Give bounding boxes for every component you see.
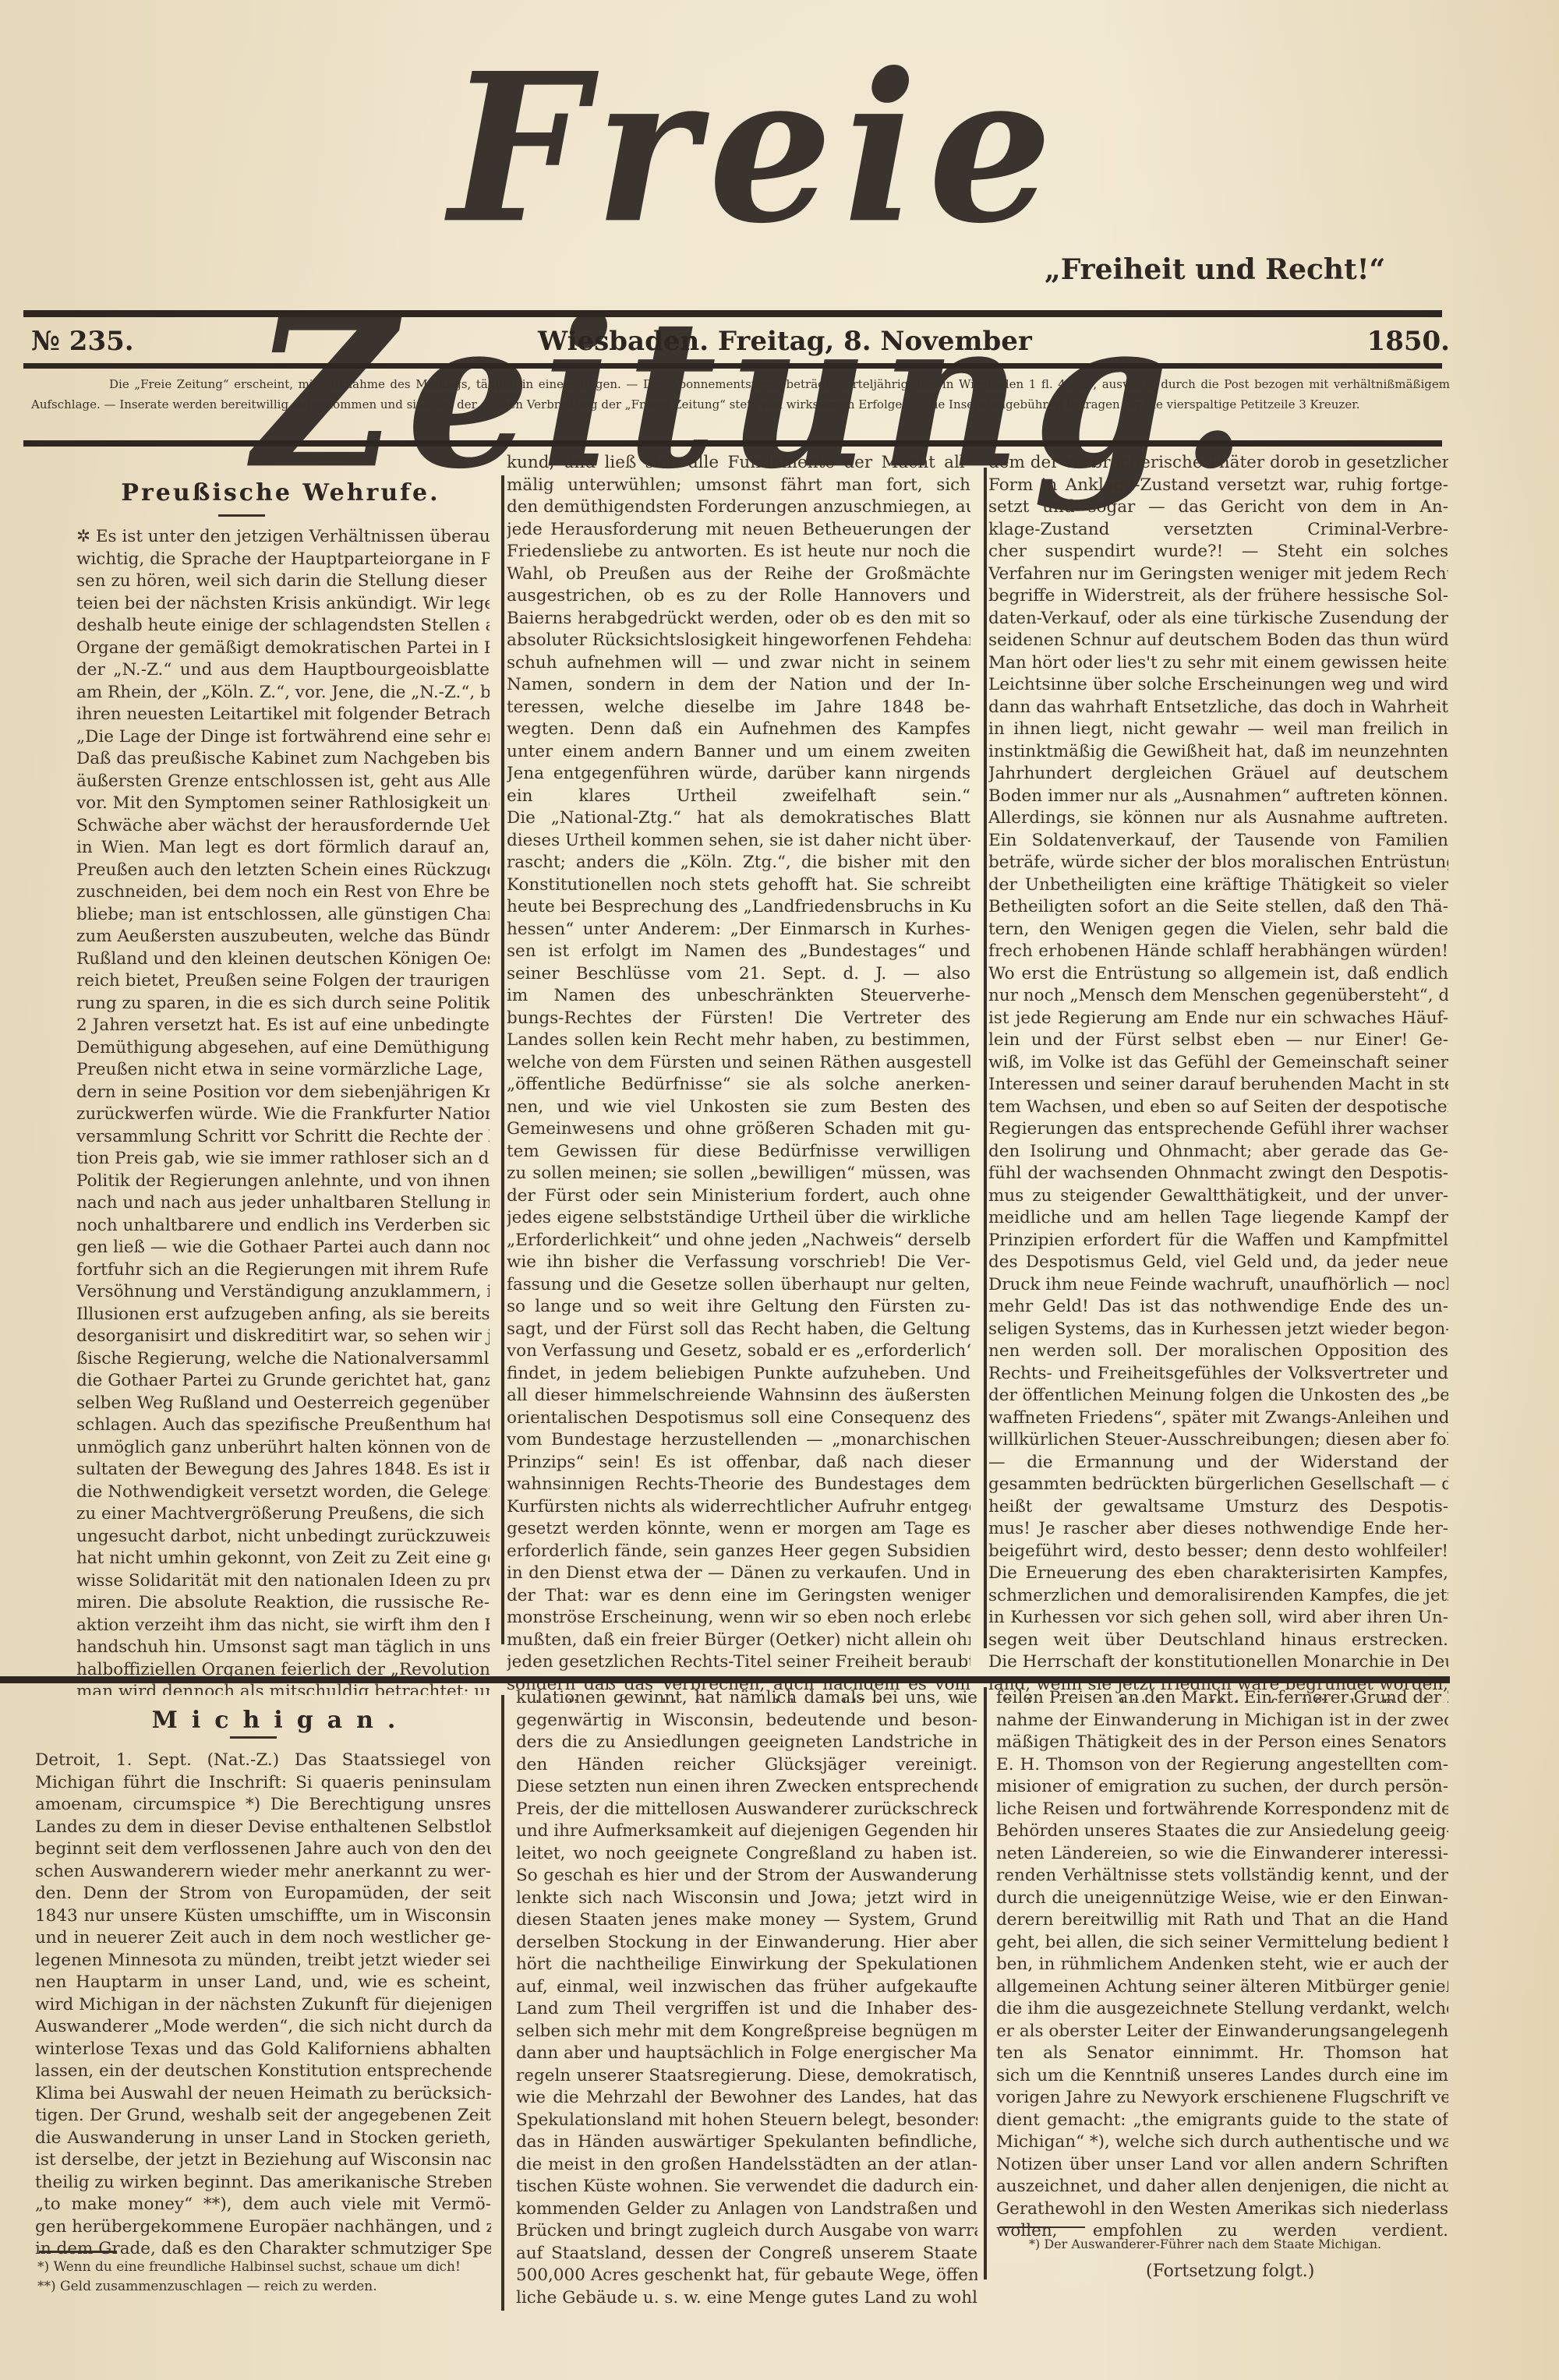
text-line: Klima bei Auswahl der neuen Heimath zu b… <box>35 2083 491 2106</box>
text-line: daten-Verkauf, oder als eine türkische Z… <box>988 608 1448 630</box>
text-line: tem Wachsen, und eben so auf Seiten der … <box>988 1096 1448 1119</box>
text-line: nen, und wie viel Unkosten sie zum Beste… <box>507 1096 970 1119</box>
text-line: Interessen und seiner darauf beruhenden … <box>988 1074 1448 1096</box>
text-line: sen zu hören, weil sich darin die Stellu… <box>76 570 490 593</box>
footnote-rule <box>999 2226 1085 2228</box>
text-line: der „N.-Z.“ und aus dem Hauptbourgeoisbl… <box>76 659 490 682</box>
text-line: der Fürst oder sein Ministerium fordert,… <box>507 1185 970 1208</box>
text-line: den Händen reicher Glücksjäger vereinigt… <box>516 1754 977 1777</box>
text-line: kund, und ließ sich alle Fundamente der … <box>507 452 970 475</box>
text-line: deshalb heute einige der schlagendsten S… <box>76 615 490 637</box>
text-line: meidliche und am hellen Tage liegende Ka… <box>988 1207 1448 1230</box>
text-line: teressen, welche dieselbe im Jahre 1848 … <box>507 697 970 719</box>
text-line: waffneten Friedens“, später mit Zwangs-A… <box>988 1407 1448 1430</box>
text-line: welche von dem Fürsten und seinen Räthen… <box>507 1052 970 1075</box>
text-line: und in neuerer Zeit auch in dem noch wes… <box>35 1927 491 1950</box>
text-line: Rußland und den kleinen deutschen Könige… <box>76 948 490 971</box>
text-line: den Isolirung und Ohnmacht; aber gerade … <box>988 1141 1448 1164</box>
footnote-right: *) Der Auswanderer-Führer nach dem Staat… <box>1029 2234 1450 2254</box>
text-line: allgemeinen Achtung seiner älteren Mitbü… <box>996 1976 1448 1999</box>
text-line: im Namen des unbeschränkten Steuerverhe- <box>507 985 970 1008</box>
text-line: mehr Geld! Das ist das nothwendige Ende … <box>988 1296 1448 1319</box>
text-line: nahme der Einwanderung in Michigan ist i… <box>996 1710 1448 1732</box>
text-line: dient gemacht: „the emigrants guide to t… <box>996 2110 1448 2132</box>
text-line: ten als Senator einnimmt. Hr. Thomson ha… <box>996 2043 1448 2065</box>
footnote-2: **) Geld zusammenzuschlagen — reich zu w… <box>37 2277 490 2297</box>
text-line: in den Dienst etwa der — Dänen zu verkau… <box>507 1563 970 1585</box>
text-line: äußersten Grenze entschlossen ist, geht … <box>76 771 490 793</box>
text-line: teien bei der nächsten Krisis ankündigt.… <box>76 593 490 616</box>
text-line: fortfuhr sich an die Regierungen mit ihr… <box>76 1259 490 1282</box>
masthead-title: Freie Zeitung. <box>210 26 1302 271</box>
text-line: theilig zu wirken beginnt. Das amerikani… <box>35 2172 491 2195</box>
text-line: und ihre Aufmerksamkeit auf diejenigen G… <box>516 1820 977 1843</box>
text-line: leitet, wo noch geeignete Congreßland zu… <box>516 1843 977 1866</box>
text-line: Illusionen erst aufzugeben anfing, als s… <box>76 1304 490 1326</box>
text-line: Brücken und bringt zugleich durch Ausgab… <box>516 2220 977 2243</box>
text-line: schuh aufnehmen will — und zwar nicht in… <box>507 652 970 675</box>
column-divider <box>984 468 987 1648</box>
text-line: mälig unterwühlen; umsonst fährt man for… <box>507 475 970 497</box>
text-line: setzt und sogar — das Gericht von dem in… <box>988 496 1448 519</box>
text-line: derselben Stockung in der Einwanderung. … <box>516 1932 977 1954</box>
text-line: jede Herausforderung mit neuen Betheueru… <box>507 519 970 542</box>
text-line: ist derselbe, der jetzt in Beziehung auf… <box>35 2149 491 2172</box>
title-underline <box>218 514 265 517</box>
article1-column1: ✲ Es ist unter den jetzigen Verhältnisse… <box>76 526 490 1695</box>
text-line: absoluter Rücksichtslosigkeit hingeworfe… <box>507 630 970 652</box>
text-line: ihren neuesten Leitartikel mit folgender… <box>76 704 490 726</box>
text-line: vom Bundestage herzustellenden — „monarc… <box>507 1429 970 1452</box>
text-line: Daß das preußische Kabinet zum Nachgeben… <box>76 748 490 771</box>
text-line: die Nothwendigkeit versetzt worden, die … <box>76 1481 490 1504</box>
text-line: sen ist erfolgt im Namen des „Bundestage… <box>507 941 970 963</box>
text-line: beträfe, würde sicher der blos moralisch… <box>988 852 1448 874</box>
text-line: regeln unserer Staatsregierung. Diese, d… <box>516 2065 977 2088</box>
footnote-1: *) Wenn du eine freundliche Halbinsel su… <box>37 2258 490 2277</box>
text-line: tigen. Der Grund, weshalb seit der angeg… <box>35 2105 491 2128</box>
text-line: Schwäche aber wächst der herausfordernde… <box>76 815 490 838</box>
text-line: zu sollen meinen; sie sollen „bewilligen… <box>507 1163 970 1185</box>
text-line: Michigan“ *), welche sich durch authenti… <box>996 2131 1448 2154</box>
text-line: Die Erneuerung des eben charakterisirten… <box>988 1563 1448 1585</box>
text-line: die Auswanderung in unser Land in Stocke… <box>35 2128 491 2150</box>
text-line: instinktmäßig die Gewißheit hat, daß im … <box>988 741 1448 764</box>
text-line: Boden immer nur als „Ausnahmen“ auftrete… <box>988 786 1448 808</box>
issue-year: 1850. <box>1367 326 1450 357</box>
text-line: Diese setzten nun einen ihren Zwecken en… <box>516 1776 977 1799</box>
text-line: zuschneiden, bei dem noch ein Rest von E… <box>76 881 490 904</box>
text-line: schlagen. Auch das spezifische Preußenth… <box>76 1414 490 1437</box>
text-line: tem Gewissen für diese Bedürfnisse verwi… <box>507 1141 970 1164</box>
continued-notice: (Fortsetzung folgt.) <box>1146 2262 1314 2281</box>
text-line: selben Weg Rußland und Oesterreich gegen… <box>76 1393 490 1415</box>
text-line: So geschah es hier und der Strom der Aus… <box>516 1865 977 1887</box>
text-line: feilen Preisen an den Markt. Ein fernere… <box>996 1687 1448 1710</box>
text-line: Kurfürsten nichts als widerrechtlicher A… <box>507 1496 970 1519</box>
text-line: des Despotismus Geld, viel Geld und, da … <box>988 1252 1448 1274</box>
text-line: Man hört oder lies't zu sehr mit einem g… <box>988 652 1448 675</box>
text-line: heute bei Besprechung des „Landfriedensb… <box>507 896 970 919</box>
text-line: Form in Anklage-Zustand versetzt war, ru… <box>988 475 1448 497</box>
text-line: „öffentliche Bedürfnisse“ sie als solche… <box>507 1074 970 1096</box>
text-line: Verfahren nur im Geringsten weniger mit … <box>988 563 1448 586</box>
text-line: handschuh hin. Umsonst sagt man täglich … <box>76 1637 490 1659</box>
text-line: frech erhobenen Hände schlaff herabhänge… <box>988 941 1448 963</box>
text-line: seiner Beschlüsse vom 21. Sept. d. J. — … <box>507 963 970 986</box>
text-line: mäßigen Thätigkeit des in der Person ein… <box>996 1732 1448 1754</box>
text-line: gen ließ — wie die Gothaer Partei auch d… <box>76 1237 490 1259</box>
text-line: willkürlichen Steuer-Ausschreibungen; di… <box>988 1429 1448 1452</box>
text-line: ungesucht darbot, nicht unbedingt zurück… <box>76 1526 490 1548</box>
text-line: auf Staatsland, dessen der Congreß unser… <box>516 2243 977 2265</box>
text-line: ausgestrichen, ob es zu der Rolle Hannov… <box>507 585 970 608</box>
text-line: Auswanderer „Mode werden“, die sich nich… <box>35 2016 491 2039</box>
text-line: fühl der wachsenden Ohnmacht zwingt den … <box>988 1163 1448 1185</box>
text-line: der Unbetheiligten eine kräftige Thätigk… <box>988 874 1448 897</box>
text-line: Rechts- und Freiheitsgefühles der Volksv… <box>988 1363 1448 1386</box>
column-divider <box>984 1687 987 2279</box>
text-line: monströse Erscheinung, wenn wir so eben … <box>507 1607 970 1630</box>
top-rule <box>23 310 1442 317</box>
text-line: hat nicht umhin gekonnt, von Zeit zu Zei… <box>76 1548 490 1570</box>
text-line: „Erforderlichkeit“ und ohne jeden „Nachw… <box>507 1230 970 1252</box>
text-line: dem der verbrecherische Thäter dorob in … <box>988 452 1448 475</box>
text-line: er als oberster Leiter der Einwanderungs… <box>996 2021 1448 2043</box>
text-line: wie die Mehrzahl der Bewohner des Landes… <box>516 2087 977 2110</box>
text-line: auf, einmal, weil inzwischen das früher … <box>516 1976 977 1999</box>
text-line: Prinzipien erfordert für die Waffen und … <box>988 1230 1448 1252</box>
text-line: Wo erst die Entrüstung so allgemein ist,… <box>988 963 1448 986</box>
text-line: Michigan führt die Inschrift: Si quaeris… <box>35 1772 491 1795</box>
text-line: auszeichnet, und daher allen denjenigen,… <box>996 2176 1448 2198</box>
text-line: so lange und so weit ihre Geltung den Fü… <box>507 1296 970 1319</box>
text-line: Leichtsinne über solche Erscheinungen we… <box>988 674 1448 697</box>
text-line: segen weit über Deutschland hinaus erstr… <box>988 1630 1448 1652</box>
text-line: geht, bei allen, die sich seiner Vermitt… <box>996 1932 1448 1954</box>
text-line: lassen, ein der deutschen Konstitution e… <box>35 2060 491 2083</box>
issue-number: № 235. <box>31 326 134 357</box>
text-line: Friedensliebe zu antworten. Es ist heute… <box>507 541 970 563</box>
footnotes-left: *) Wenn du eine freundliche Halbinsel su… <box>37 2258 490 2297</box>
title-underline <box>230 1736 277 1739</box>
text-line: nen Hauptarm in unser Land, und, wie es … <box>35 1972 491 1994</box>
text-line: Wahl, ob Preußen aus der Reihe der Großm… <box>507 563 970 586</box>
text-line: hessen“ unter Anderem: „Der Einmarsch in… <box>507 919 970 941</box>
article-title-michigan: Michigan. <box>70 1707 491 1734</box>
section-rule <box>0 1676 1450 1683</box>
text-line: Demüthigung abgesehen, auf eine Demüthig… <box>76 1037 490 1060</box>
newspaper-page: Freie Zeitung. „Freiheit und Recht!“ № 2… <box>0 0 1559 2380</box>
text-line: den demüthigendsten Forderungen anzuschm… <box>507 496 970 519</box>
text-line: Landes sollen kein Recht mehr haben, zu … <box>507 1029 970 1052</box>
text-line: gegenwärtig in Wisconsin, bedeutende und… <box>516 1710 977 1732</box>
text-line: vor. Mit den Symptomen seiner Rathlosigk… <box>76 793 490 815</box>
text-line: wisse Solidarität mit den nationalen Ide… <box>76 1570 490 1593</box>
text-line: mußten, daß ein freier Bürger (Oetker) n… <box>507 1630 970 1652</box>
place-date: Wiesbaden. Freitag, 8. November <box>538 326 1032 357</box>
text-line: Jahrhundert dergleichen Gräuel auf deuts… <box>988 763 1448 786</box>
text-line: unter einem andern Banner und um einem z… <box>507 741 970 764</box>
text-line: wird Michigan in der nächsten Zukunft fü… <box>35 1994 491 2017</box>
text-line: der That: war es denn eine im Geringsten… <box>507 1585 970 1608</box>
article2-column3: feilen Preisen an den Markt. Ein fernere… <box>996 1687 1448 2252</box>
text-line: dann das wahrhaft Entsetzliche, das doch… <box>988 697 1448 719</box>
text-line: liche Reisen und fortwährende Korrespond… <box>996 1799 1448 1821</box>
text-line: Gemeinwesens und ohne größeren Schaden m… <box>507 1118 970 1141</box>
text-line: Die Herrschaft der konstitutionellen Mon… <box>988 1651 1448 1674</box>
text-line: beginnt seit dem verflossenen Jahre auch… <box>35 1838 491 1861</box>
text-line: vorigen Jahre zu Newyork erschienene Flu… <box>996 2087 1448 2110</box>
text-line: derern bereitwillig mit Rath und That an… <box>996 1909 1448 1932</box>
text-line: beigeführt wird, desto besser; denn dest… <box>988 1541 1448 1563</box>
text-line: gen herübergekommene Europäer nachhängen… <box>35 2216 491 2239</box>
text-line: nur noch „Mensch dem Menschen gegenübers… <box>988 985 1448 1008</box>
text-line: lein und der Fürst selbst eben — nur Ein… <box>988 1029 1448 1052</box>
article1-column3: dem der verbrecherische Thäter dorob in … <box>988 452 1448 1703</box>
text-line: Detroit, 1. Sept. (Nat.-Z.) Das Staatssi… <box>35 1750 491 1772</box>
text-line: „Die Lage der Dinge ist fortwährend eine… <box>76 726 490 749</box>
text-line: sultaten der Bewegung des Jahres 1848. E… <box>76 1459 490 1481</box>
text-line: bungs-Rechtes der Fürsten! Die Vertreter… <box>507 1008 970 1030</box>
article2-column2: kulationen gewinnt, hat nämlich damals b… <box>516 1687 977 2311</box>
text-line: Regierungen das entsprechende Gefühl ihr… <box>988 1118 1448 1141</box>
subscription-notice: Die „Freie Zeitung“ erscheint, mit Ausna… <box>31 374 1450 415</box>
text-line: wahnsinnigen Rechts-Theorie des Bundesta… <box>507 1474 970 1496</box>
text-line: hört die nachtheilige Einwirkung der Spe… <box>516 1954 977 1976</box>
text-line: Preußen nicht etwa in seine vormärzliche… <box>76 1059 490 1082</box>
notice-rule <box>23 440 1442 447</box>
text-line: tischen Küste wohnen. Sie verwendet die … <box>516 2176 977 2198</box>
text-line: all dieser himmelschreiende Wahnsinn des… <box>507 1385 970 1407</box>
text-line: reich bietet, Preußen seine Folgen der t… <box>76 970 490 993</box>
text-line: dieses Urtheil kommen sehen, sie ist dah… <box>507 830 970 853</box>
text-line: erforderlich fände, sein ganzes Heer geg… <box>507 1541 970 1563</box>
text-line: Notizen über unser Land vor allen andern… <box>996 2154 1448 2177</box>
text-line: kommenden Gelder zu Anlagen von Landstra… <box>516 2198 977 2221</box>
text-line: seidenen Schnur auf deutschem Boden das … <box>988 630 1448 652</box>
dateline-rule <box>23 363 1442 369</box>
text-line: selben sich mehr mit dem Kongreßpreise b… <box>516 2021 977 2043</box>
text-line: die meist in den großen Handelsstädten a… <box>516 2154 977 2177</box>
text-line: durch die uneigennützige Weise, wie er d… <box>996 1887 1448 1910</box>
text-line: miren. Die absolute Reaktion, die russis… <box>76 1592 490 1615</box>
text-line: ders die zu Ansiedlungen geeigneten Land… <box>516 1732 977 1754</box>
text-line: desorganisirt und diskreditirt war, so s… <box>76 1326 490 1348</box>
text-line: — die Ermannung und der Widerstand der <box>988 1452 1448 1474</box>
text-line: orientalischen Despotismus soll eine Con… <box>507 1407 970 1430</box>
text-line: begriffe in Widerstreit, als der frühere… <box>988 585 1448 608</box>
text-line: seligen Systems, das in Kurhessen jetzt … <box>988 1319 1448 1341</box>
footnote-rule <box>39 2251 117 2253</box>
text-line: Namen, sondern in dem der Nation und der… <box>507 674 970 697</box>
text-line: misioner of emigration zu suchen, der du… <box>996 1776 1448 1799</box>
text-line: Allerdings, sie können nur als Ausnahme … <box>988 807 1448 830</box>
text-line: schen Auswanderern wieder mehr anerkannt… <box>35 1861 491 1884</box>
text-line: die Gothaer Partei zu Grunde gerichtet h… <box>76 1370 490 1393</box>
text-line: jeden gesetzlichen Rechts-Titel seiner F… <box>507 1651 970 1674</box>
text-line: gesammten bedrückten bürgerlichen Gesell… <box>988 1474 1448 1496</box>
text-line: wichtig, die Sprache der Hauptparteiorga… <box>76 549 490 571</box>
text-line: in Wien. Man legt es dort förmlich darau… <box>76 837 490 860</box>
text-line: ein klares Urtheil zweifelhaft sein.“ <box>507 786 970 808</box>
text-line: rung zu sparen, in die es sich durch sei… <box>76 993 490 1015</box>
text-line: am Rhein, der „Köln. Z.“, vor. Jene, die… <box>76 682 490 704</box>
text-line: Preußen auch den letzten Schein eines Rü… <box>76 860 490 882</box>
article-title-preussische-wehrufe: Preußische Wehrufe. <box>70 479 491 507</box>
text-line: klage-Zustand versetzten Criminal-Verbre… <box>988 519 1448 542</box>
text-line: jedes eigene selbstständige Urtheil über… <box>507 1207 970 1230</box>
text-line: sagt, und der Fürst soll das Recht haben… <box>507 1319 970 1341</box>
text-line: dann aber und hauptsächlich in Folge ene… <box>516 2043 977 2065</box>
text-line: zu einer Machtvergrößerung Preußens, die… <box>76 1503 490 1526</box>
text-line: liche Gebäude u. s. w. eine Menge gutes … <box>516 2287 977 2310</box>
text-line: das in Händen auswärtiger Spekulanten be… <box>516 2131 977 2154</box>
text-line: Landes zu dem in dieser Devise enthalten… <box>35 1817 491 1839</box>
text-line: Die „National-Ztg.“ hat als demokratisch… <box>507 807 970 830</box>
text-line: sich um die Kenntniß unseres Landes durc… <box>996 2065 1448 2088</box>
text-line: in ihnen liegt, nicht gewahr — weil man … <box>988 719 1448 741</box>
text-line: ✲ Es ist unter den jetzigen Verhältnisse… <box>76 526 490 549</box>
text-line: Baierns herabgedrückt werden, oder ob es… <box>507 608 970 630</box>
text-line: „to make money“ **), dem auch viele mit … <box>35 2194 491 2216</box>
text-line: unmöglich ganz unberührt halten können v… <box>76 1437 490 1460</box>
text-line: Versöhnung und Verständigung anzuklammer… <box>76 1281 490 1304</box>
text-line: winterlose Texas und das Gold Kalifornie… <box>35 2039 491 2061</box>
text-line: dern in seine Position vor dem siebenjäh… <box>76 1082 490 1104</box>
text-line: 500,000 Acres geschenkt hat, für gebaute… <box>516 2265 977 2287</box>
text-line: nach und nach aus jeder unhaltbaren Stel… <box>76 1192 490 1215</box>
text-line: amoenam, circumspice *) Die Berechtigung… <box>35 1794 491 1817</box>
text-line: 2 Jahren versetzt hat. Es ist auf eine u… <box>76 1015 490 1037</box>
text-line: tern, den Wenigen gegen die Vielen, sehr… <box>988 919 1448 941</box>
text-line: wiß, im Volke ist das Gefühl der Gemeins… <box>988 1052 1448 1075</box>
text-line: renden Verhältnisse stets vollständig ke… <box>996 1865 1448 1887</box>
text-line: der öffentlichen Meinung folgen die Unko… <box>988 1385 1448 1407</box>
text-line: findet, in jedem beliebigen Punkte aufzu… <box>507 1363 970 1386</box>
article1-column2: kund, und ließ sich alle Fundamente der … <box>507 452 970 1703</box>
text-line: Politik der Regierungen anlehnte, und vo… <box>76 1171 490 1193</box>
text-line: Organe der gemäßigt demokratischen Parte… <box>76 637 490 660</box>
text-line: diesen Staaten jenes make money — System… <box>516 1909 977 1932</box>
text-line: Betheiligten sofort an die Seite stellen… <box>988 896 1448 919</box>
text-line: Spekulationsland mit hohen Steuern beleg… <box>516 2110 977 2132</box>
text-line: lenkte sich nach Wisconsin und Jowa; jet… <box>516 1887 977 1910</box>
text-line: Preis, der die mittellosen Auswanderer z… <box>516 1799 977 1821</box>
article2-column1: Detroit, 1. Sept. (Nat.-Z.) Das Staatssi… <box>35 1750 491 2264</box>
column-divider <box>501 1695 504 2311</box>
text-line: in Kurhessen vor sich gehen soll, wird a… <box>988 1607 1448 1630</box>
text-line: kulationen gewinnt, hat nämlich damals b… <box>516 1687 977 1710</box>
text-line: ßische Regierung, welche die Nationalver… <box>76 1348 490 1371</box>
text-line: ist jede Regierung am Ende nur ein schwa… <box>988 1008 1448 1030</box>
masthead-motto: „Freiheit und Recht!“ <box>1045 253 1385 286</box>
text-line: Ein Soldatenverkauf, der Tausende von Fa… <box>988 830 1448 853</box>
text-line: legenen Minnesota zu münden, treibt jetz… <box>35 1950 491 1972</box>
text-line: Land zum Theil vergriffen ist und die In… <box>516 1998 977 2021</box>
text-line: 1843 nur unsere Küsten umschiffte, um in… <box>35 1905 491 1928</box>
text-line: versammlung Schritt vor Schritt die Rech… <box>76 1126 490 1149</box>
text-line: den. Denn der Strom von Europamüden, der… <box>35 1883 491 1905</box>
text-line: mus zu steigender Gewaltthätigkeit, und … <box>988 1185 1448 1208</box>
text-line: noch unhaltbarere und endlich ins Verder… <box>76 1215 490 1238</box>
text-line: nen werden soll. Der moralischen Opposit… <box>988 1340 1448 1363</box>
text-line: gesetzt werden könnte, wenn er morgen am… <box>507 1518 970 1541</box>
text-line: rascht; anders die „Köln. Ztg.“, die bis… <box>507 852 970 874</box>
text-line: die ihm die ausgezeichnete Stellung verd… <box>996 1998 1448 2021</box>
text-line: Konstitutionellen noch stets gehofft hat… <box>507 874 970 897</box>
text-line: cher suspendirt wurde?! — Steht ein solc… <box>988 541 1448 563</box>
text-line: heißt der gewaltsame Umsturz des Despoti… <box>988 1496 1448 1519</box>
text-line: zurückwerfen würde. Wie die Frankfurter … <box>76 1103 490 1126</box>
text-line: fassung und die Gesetze sollen überhaupt… <box>507 1274 970 1297</box>
text-line: von Verfassung und Gesetz, sobald er es … <box>507 1340 970 1363</box>
text-line: mus! Je rascher aber dieses nothwendige … <box>988 1518 1448 1541</box>
text-line: Jena entgegenführen würde, darüber kann … <box>507 763 970 786</box>
text-line: E. H. Thomson von der Regierung angestel… <box>996 1754 1448 1777</box>
text-line: aktion verzeiht ihm das nicht, sie wirft… <box>76 1615 490 1637</box>
text-line: schmerzlichen und demoralisirenden Kampf… <box>988 1585 1448 1608</box>
text-line: neten Ländereien, so wie die Einwanderer… <box>996 1843 1448 1866</box>
text-line: zum Aeußersten auszubeuten, welche das B… <box>76 926 490 948</box>
text-line: Druck ihm neue Feinde wachruft, unaufhör… <box>988 1274 1448 1297</box>
text-line: wegten. Denn daß ein Aufnehmen des Kampf… <box>507 719 970 741</box>
text-line: Behörden unseres Staates die zur Ansiede… <box>996 1820 1448 1843</box>
text-line: Prinzips“ sein! Es ist offenbar, daß nac… <box>507 1452 970 1474</box>
column-divider <box>501 475 504 1644</box>
text-line: wie ihn bisher die Verfassung vorschrieb… <box>507 1252 970 1274</box>
text-line: Gerathewohl in den Westen Amerikas sich … <box>996 2198 1448 2221</box>
text-line: bliebe; man ist entschlossen, alle günst… <box>76 904 490 927</box>
text-line: tion Preis gab, wie sie immer rathloser … <box>76 1148 490 1171</box>
text-line: ben, in rühmlichem Andenken steht, wie e… <box>996 1954 1448 1976</box>
dateline: № 235. Wiesbaden. Freitag, 8. November 1… <box>31 326 1450 363</box>
